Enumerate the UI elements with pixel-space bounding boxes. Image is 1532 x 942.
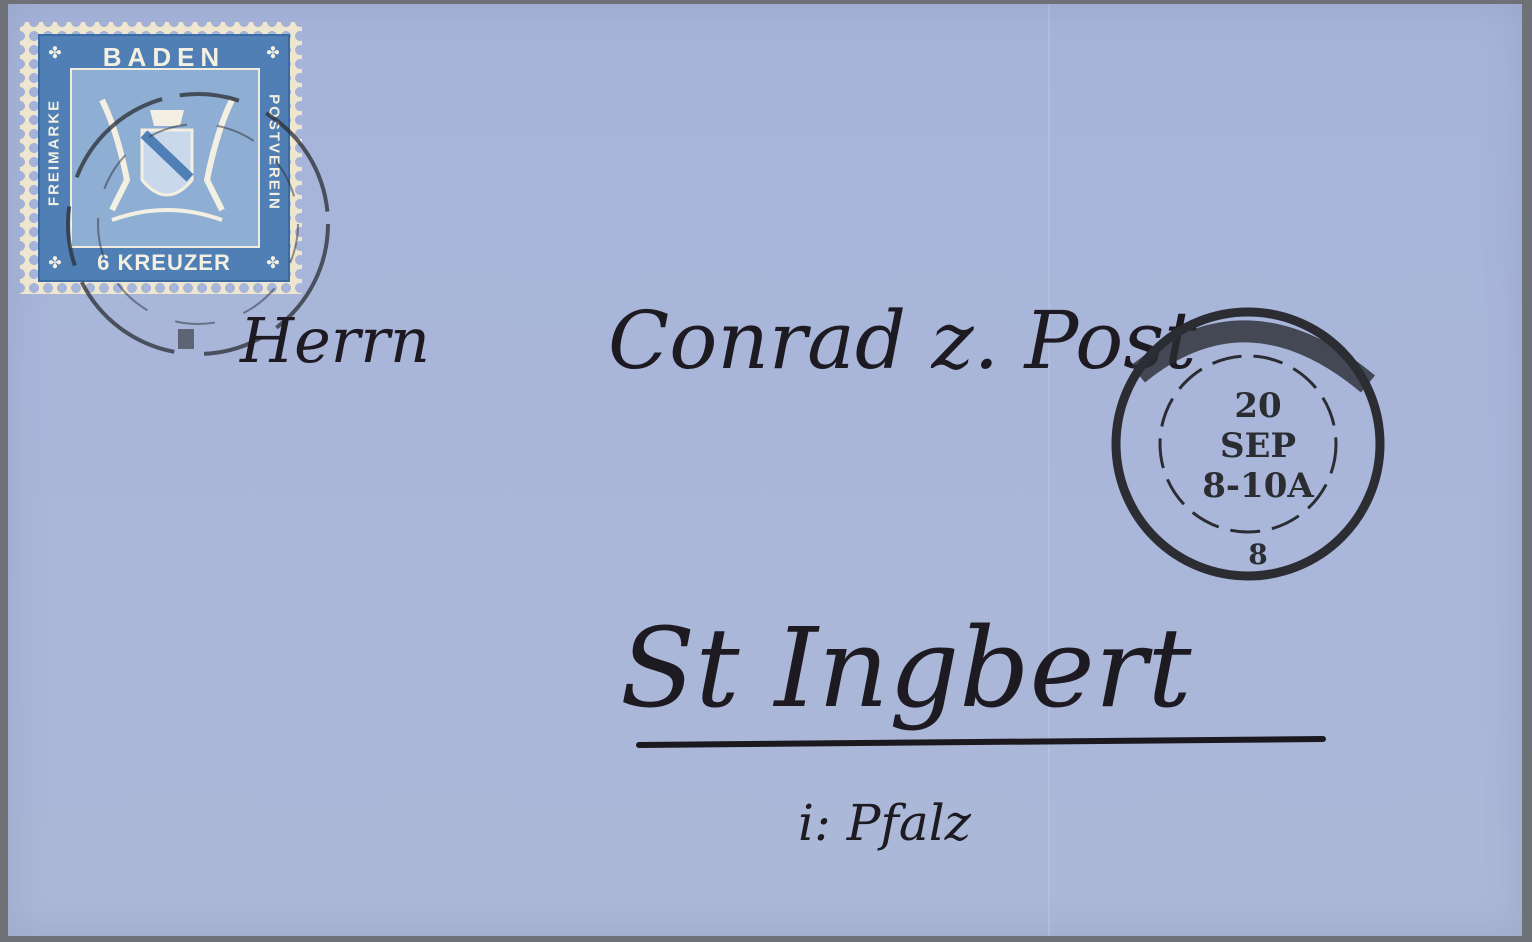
postmark-datestamp: 20 SEP 8-10A 8 <box>1098 294 1418 604</box>
postmark-bottom-mark: 8 <box>1098 538 1418 571</box>
postmark-month: SEP <box>1098 426 1418 466</box>
salutation-text: Herrn <box>240 304 430 377</box>
paper-fold <box>1048 4 1050 936</box>
postmark-day: 20 <box>1098 386 1418 426</box>
envelope-cover: ✤ ✤ ✤ ✤ BADEN FREIMARKE POSTVEREIN 6 KRE… <box>8 4 1522 936</box>
destination-region: i: Pfalz <box>798 794 971 852</box>
postmark-time: 8-10A <box>1098 466 1418 506</box>
destination-city: St Ingbert <box>620 604 1192 732</box>
city-underline <box>636 736 1326 748</box>
